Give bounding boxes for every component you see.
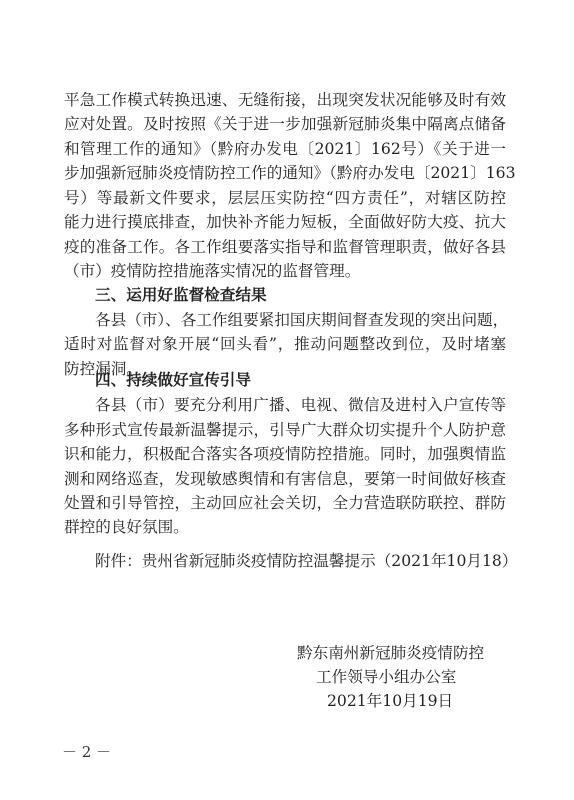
body-text-line: 各县（市）要充分利用广播、电视、微信及进村入户宣传等 <box>95 395 506 415</box>
body-text-line: 平急工作模式转换迅速、无缝衔接，出现突发状况能够及时有效 <box>64 90 506 110</box>
body-text-line: 处置和引导管控，主动回应社会关切，全力营造联防联控、群防 <box>64 493 506 513</box>
body-text-line: 适时对监督对象开展“回头看”，推动问题整改到位，及时堵塞 <box>64 334 506 354</box>
attachment-line: 附件：贵州省新冠肺炎疫情防控温馨提示（2021年10月18） <box>95 551 506 571</box>
body-text-line: 多种形式宣传最新温馨提示，引导广大群众切实提升个人防护意 <box>64 420 506 440</box>
page-number: － 2 － <box>62 741 111 762</box>
body-text-line: 号）等最新文件要求，层层压实防控“四方责任”，对辖区防控 <box>64 188 506 208</box>
signature-date: 2021年10月19日 <box>327 691 453 711</box>
body-text-line: 群控的良好氛围。 <box>64 517 506 537</box>
signature-org-line2: 工作领导小组办公室 <box>316 667 456 687</box>
body-text-line: 步加强新冠肺炎疫情防控工作的通知》（黔府办发电〔2021〕163 <box>64 163 506 183</box>
section-heading: 四、持续做好宣传引导 <box>95 370 506 390</box>
body-text-line: 能力进行摸底排查，加快补齐能力短板，全面做好防大疫、抗大 <box>64 212 506 232</box>
document-page: 平急工作模式转换迅速、无缝衔接，出现突发状况能够及时有效 应对处置。及时按照《关… <box>0 0 574 800</box>
body-text-line: 和管理工作的通知》（黔府办发电〔2021〕162号）《关于进一 <box>64 139 506 159</box>
body-text-line: （市）疫情防控措施落实情况的监督管理。 <box>64 261 506 281</box>
body-text-line: 识和能力，积极配合落实各项疫情防控措施。同时，加强舆情监 <box>64 444 506 464</box>
body-text-line: 测和网络巡查，发现敏感舆情和有害信息，要第一时间做好核查 <box>64 469 506 489</box>
body-text-line: 应对处置。及时按照《关于进一步加强新冠肺炎集中隔离点储备 <box>64 114 506 134</box>
body-text-line: 疫的准备工作。各工作组要落实指导和监督管理职责，做好各县 <box>64 237 506 257</box>
signature-org-line1: 黔东南州新冠肺炎疫情防控 <box>297 643 484 663</box>
section-heading: 三、运用好监督检查结果 <box>95 285 506 305</box>
body-text-line: 各县（市）、各工作组要紧扣国庆期间督查发现的突出问题， <box>95 310 506 330</box>
